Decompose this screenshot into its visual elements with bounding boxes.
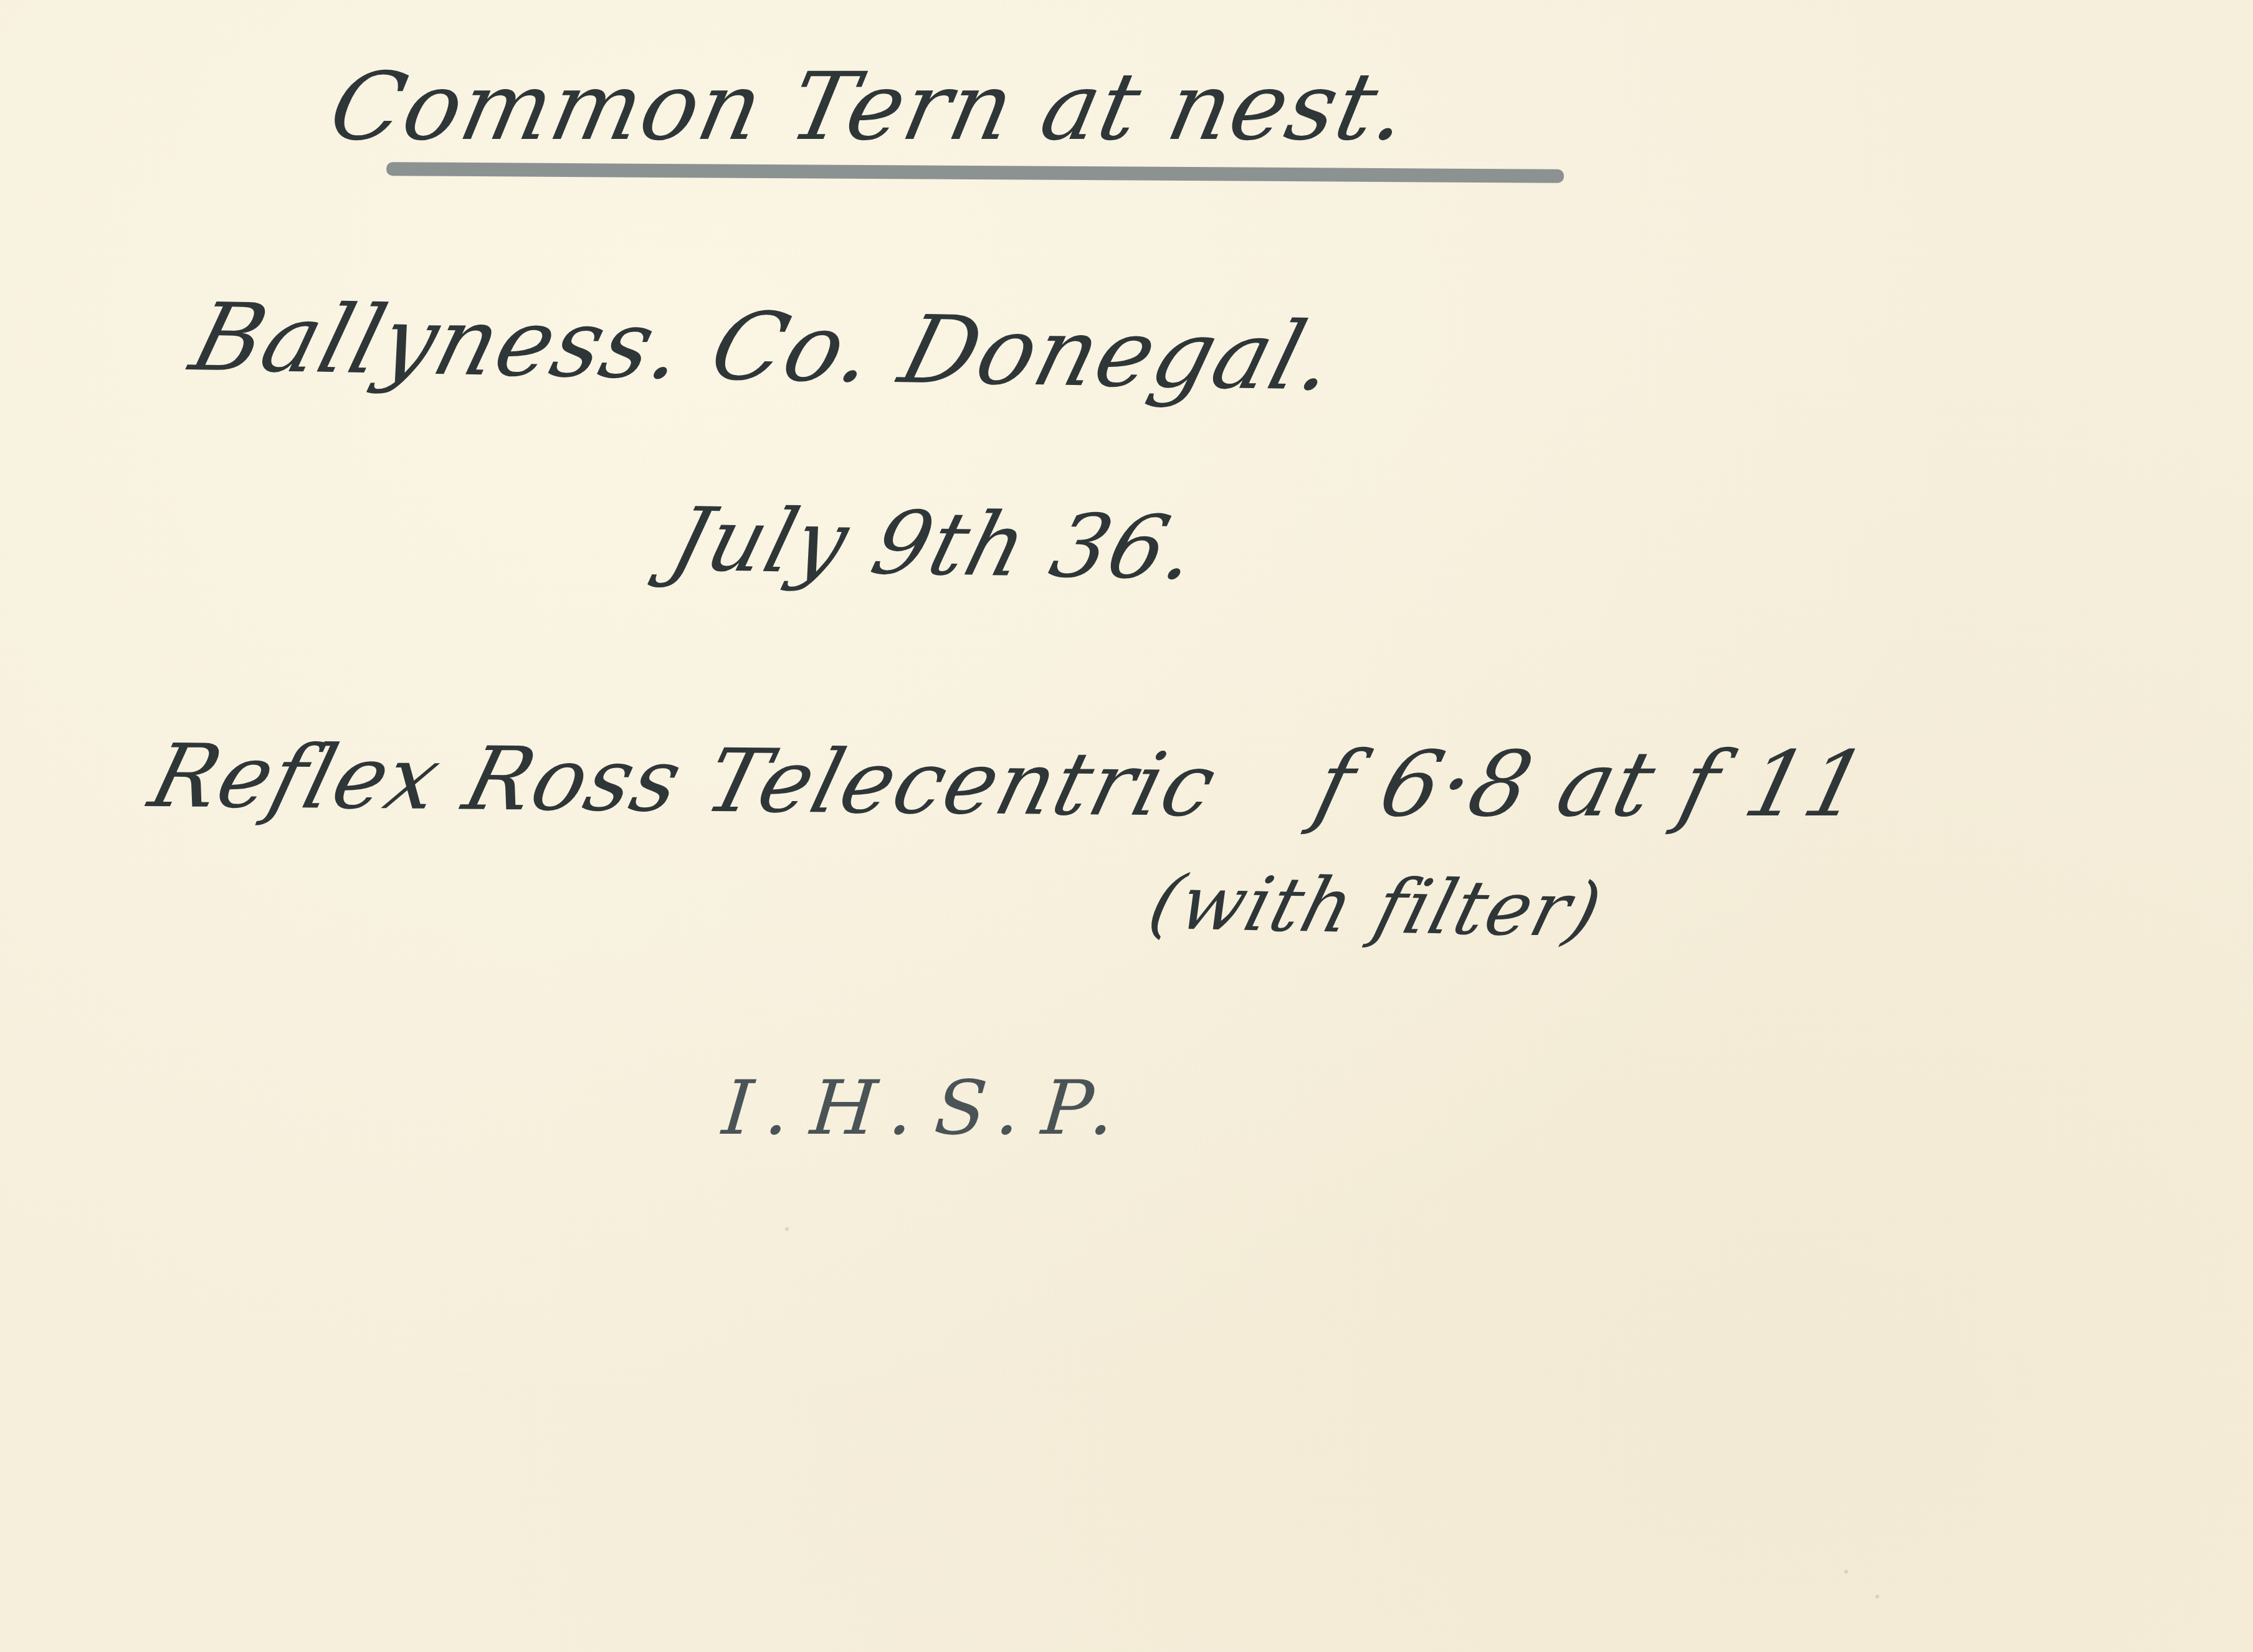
- caption-exposure: f 6·8 at f 11: [1305, 732, 1879, 837]
- caption-title: Common Tern at nest.: [321, 53, 1419, 161]
- paper-speck: [1844, 1570, 1848, 1574]
- caption-initials: I.H.S.P.: [710, 1065, 1148, 1152]
- caption-date: July 9th 36.: [660, 489, 1209, 600]
- caption-location: Ballyness. Co. Donegal.: [181, 283, 1348, 412]
- paper-speck: [1875, 1595, 1879, 1598]
- caption-camera: Reflex Ross Telecentric: [140, 726, 1227, 837]
- caption-filter-note: (with filter): [1140, 860, 1611, 954]
- paper-speck: [785, 1227, 789, 1231]
